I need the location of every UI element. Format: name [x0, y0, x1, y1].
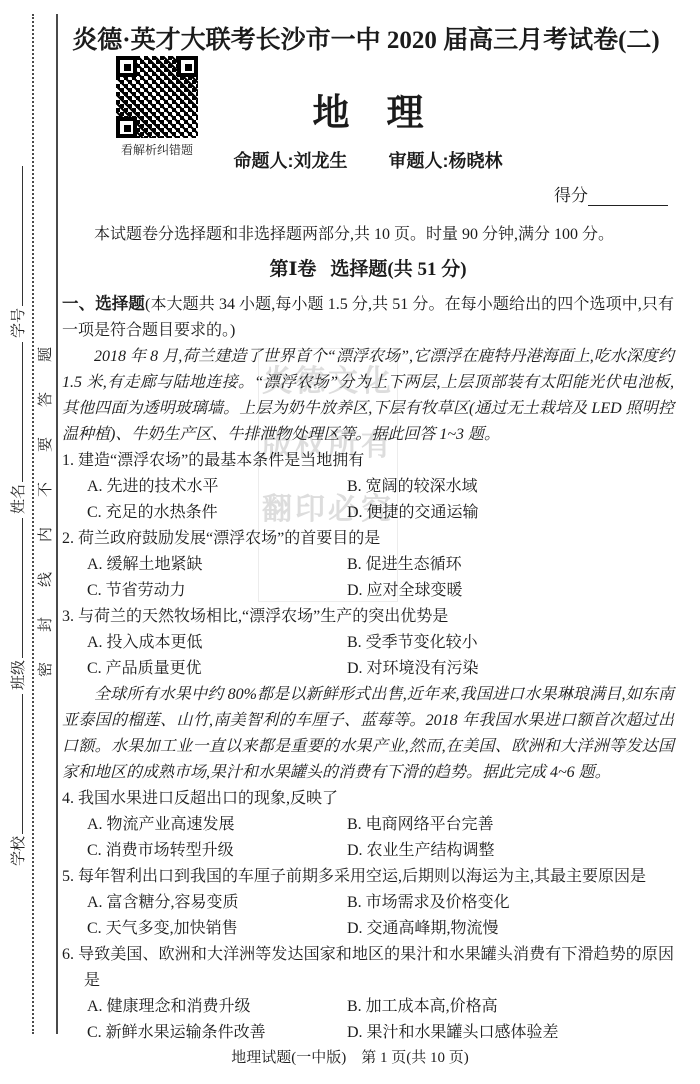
- part-heading-note: (本大题共 34 小题,每小题 1.5 分,共 51 分。在每小题给出的四个选项…: [62, 296, 674, 339]
- section-title: 第Ⅰ卷选择题(共 51 分): [62, 254, 674, 281]
- margin-field-studentid-blank: [8, 166, 23, 306]
- option-b: B. 加工成本高,价格高: [347, 994, 674, 1020]
- margin-field-studentid-label: 学号: [11, 308, 27, 338]
- seal-line-text: 密封线内不要答题: [34, 312, 54, 712]
- option-c: C. 节省劳动力: [87, 578, 347, 604]
- option-d: D. 果汁和水果罐头口感体验差: [347, 1020, 674, 1046]
- reviewer-name: 审题人:杨晓林: [389, 151, 503, 171]
- score-label: 得分: [554, 186, 588, 205]
- option-d: D. 应对全球变暖: [347, 578, 674, 604]
- question-stem: 6.导致美国、欧洲和大洋洲等发达国家和地区的果汁和水果罐头消费有下滑趋势的原因是: [62, 942, 674, 994]
- subject-title: 地 理: [62, 82, 674, 136]
- question-stem: 5.每年智利出口到我国的车厘子前期多采用空运,后期则以海运为主,其最主要原因是: [62, 864, 674, 890]
- option-a: A. 健康理念和消费升级: [87, 994, 347, 1020]
- question-number: 6.: [62, 946, 78, 963]
- option-c: C. 天气多变,加快销售: [87, 916, 347, 942]
- option-c: C. 新鲜水果运输条件改善: [87, 1020, 347, 1046]
- score-blank: [588, 189, 668, 206]
- option-b: B. 促进生态循环: [347, 552, 674, 578]
- option-d: D. 对环境没有污染: [347, 656, 674, 682]
- question-number: 5.: [62, 868, 78, 885]
- option-a: A. 富含糖分,容易变质: [87, 890, 347, 916]
- section-note: (共 51 分): [387, 259, 466, 280]
- margin-field-school-label: 学校: [11, 836, 27, 866]
- part-heading-title: 一、选择题: [62, 294, 145, 313]
- question-content: 一、选择题(本大题共 34 小题,每小题 1.5 分,共 51 分。在每小题给出…: [62, 291, 674, 1046]
- question-options: A. 缓解土地紧缺 B. 促进生态循环 C. 节省劳动力 D. 应对全球变暖: [62, 552, 674, 604]
- question-stem: 2.荷兰政府鼓励发展“漂浮农场”的首要目的是: [62, 526, 674, 552]
- question-stem: 4.我国水果进口反超出口的现象,反映了: [62, 786, 674, 812]
- option-c: C. 产品质量更优: [87, 656, 347, 682]
- question-number: 1.: [62, 452, 78, 469]
- passage-floating-farm: 2018 年 8 月,荷兰建造了世界首个“漂浮农场”,它漂浮在鹿特丹港海面上,吃…: [62, 344, 674, 448]
- question-number: 3.: [62, 608, 78, 625]
- question-stem: 1.建造“漂浮农场”的最基本条件是当地拥有: [62, 448, 674, 474]
- option-d: D. 便捷的交通运输: [347, 500, 674, 526]
- margin-field-class-blank: [8, 518, 23, 658]
- option-a: A. 物流产业高速发展: [87, 812, 347, 838]
- question-stem: 3.与荷兰的天然牧场相比,“漂浮农场”生产的突出优势是: [62, 604, 674, 630]
- option-b: B. 市场需求及价格变化: [347, 890, 674, 916]
- section-volume: 第Ⅰ卷: [269, 259, 316, 280]
- question-number: 2.: [62, 530, 78, 547]
- option-b: B. 电商网络平台完善: [347, 812, 674, 838]
- margin-field-name-blank: [8, 342, 23, 482]
- option-a: A. 缓解土地紧缺: [87, 552, 347, 578]
- option-d: D. 交通高峰期,物流慢: [347, 916, 674, 942]
- question-5: 5.每年智利出口到我国的车厘子前期多采用空运,后期则以海运为主,其最主要原因是 …: [62, 864, 674, 942]
- question-6: 6.导致美国、欧洲和大洋洲等发达国家和地区的果汁和水果罐头消费有下滑趋势的原因是…: [62, 942, 674, 1046]
- option-d: D. 农业生产结构调整: [347, 838, 674, 864]
- binding-solid-line: [56, 14, 58, 1034]
- question-4: 4.我国水果进口反超出口的现象,反映了 A. 物流产业高速发展 B. 电商网络平…: [62, 786, 674, 864]
- qr-finder-icon: [116, 56, 137, 77]
- part-heading: 一、选择题(本大题共 34 小题,每小题 1.5 分,共 51 分。在每小题给出…: [62, 291, 674, 344]
- question-options: A. 物流产业高速发展 B. 电商网络平台完善 C. 消费市场转型升级 D. 农…: [62, 812, 674, 864]
- option-a: A. 投入成本更低: [87, 630, 347, 656]
- question-1: 1.建造“漂浮农场”的最基本条件是当地拥有 A. 先进的技术水平 B. 宽阔的较…: [62, 448, 674, 526]
- page-footer: 地理试题(一中版) 第 1 页(共 10 页): [0, 1046, 700, 1067]
- question-options: A. 投入成本更低 B. 受季节变化较小 C. 产品质量更优 D. 对环境没有污…: [62, 630, 674, 682]
- question-options: A. 先进的技术水平 B. 宽阔的较深水域 C. 充足的水热条件 D. 便捷的交…: [62, 474, 674, 526]
- option-b: B. 宽阔的较深水域: [347, 474, 674, 500]
- binding-margin-fields: 学校班级姓名学号: [7, 114, 29, 914]
- margin-field-class-label: 班级: [11, 660, 27, 690]
- question-3: 3.与荷兰的天然牧场相比,“漂浮农场”生产的突出优势是 A. 投入成本更低 B.…: [62, 604, 674, 682]
- passage-fruit-import: 全球所有水果中约 80%都是以新鲜形式出售,近年来,我国进口水果琳琅满目,如东南…: [62, 682, 674, 786]
- question-options: A. 富含糖分,容易变质 B. 市场需求及价格变化 C. 天气多变,加快销售 D…: [62, 890, 674, 942]
- setter-name: 命题人:刘龙生: [233, 151, 347, 171]
- question-number: 4.: [62, 790, 78, 807]
- exam-title: 炎德·英才大联考长沙市一中 2020 届高三月考试卷(二): [56, 20, 676, 56]
- question-options: A. 健康理念和消费升级 B. 加工成本高,价格高 C. 新鲜水果运输条件改善 …: [62, 994, 674, 1046]
- score-row: 得分: [554, 181, 668, 206]
- qr-finder-icon: [177, 56, 198, 77]
- option-c: C. 充足的水热条件: [87, 500, 347, 526]
- option-a: A. 先进的技术水平: [87, 474, 347, 500]
- section-name: 选择题: [330, 259, 387, 280]
- margin-field-name-label: 姓名: [11, 484, 27, 514]
- option-c: C. 消费市场转型升级: [87, 838, 347, 864]
- option-b: B. 受季节变化较小: [347, 630, 674, 656]
- exam-authors: 命题人:刘龙生 审题人:杨晓林: [62, 147, 674, 173]
- question-2: 2.荷兰政府鼓励发展“漂浮农场”的首要目的是 A. 缓解土地紧缺 B. 促进生态…: [62, 526, 674, 604]
- margin-field-school-blank: [8, 694, 23, 834]
- exam-instructions: 本试题卷分选择题和非选择题两部分,共 10 页。时量 90 分钟,满分 100 …: [62, 221, 674, 244]
